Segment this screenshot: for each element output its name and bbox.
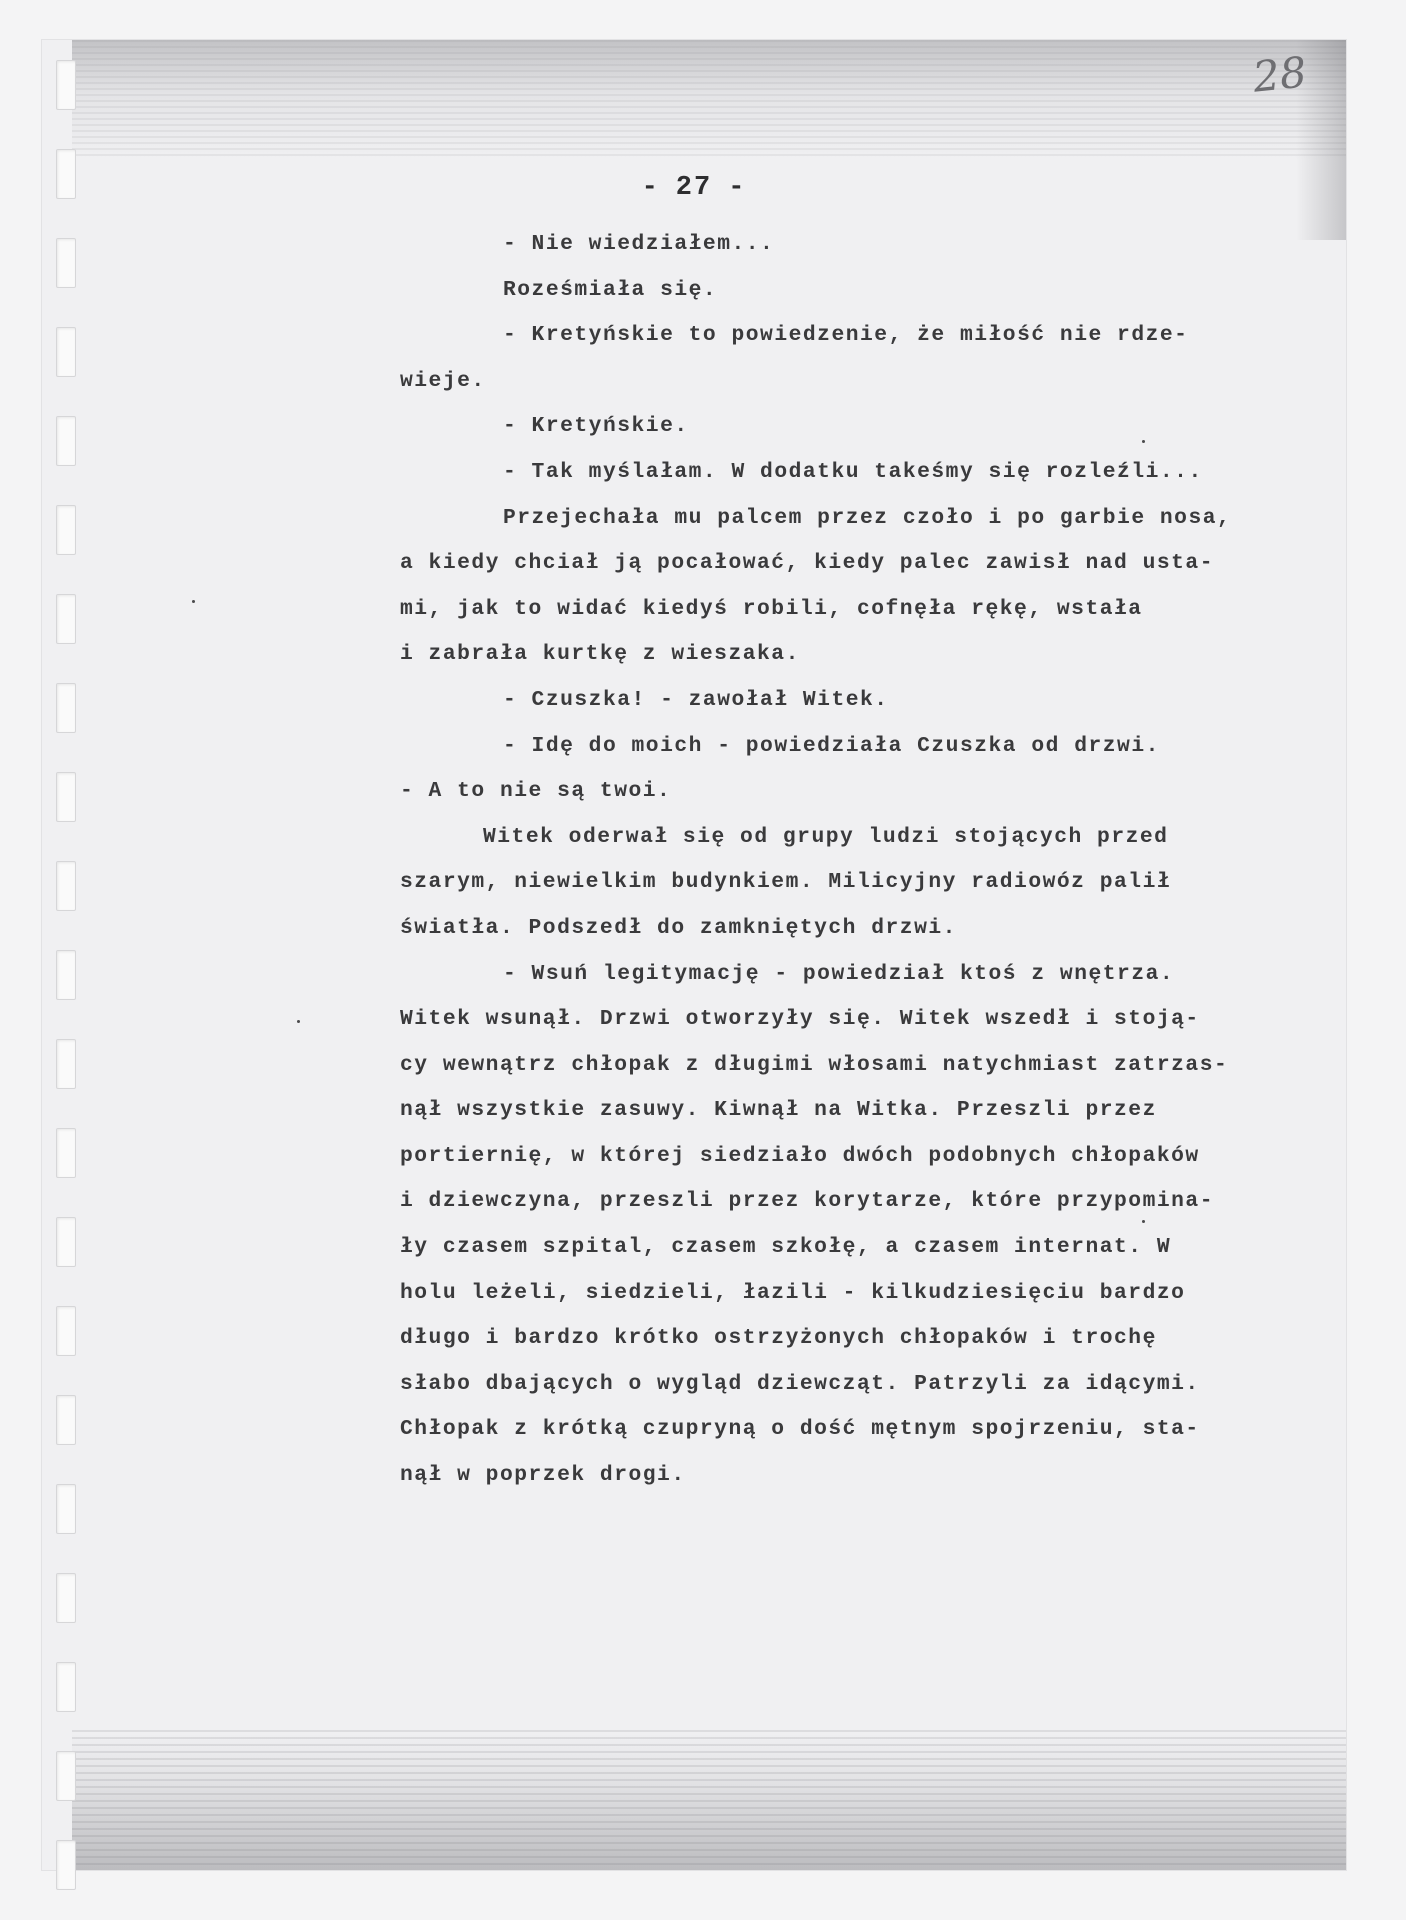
perforation-hole: [56, 505, 76, 555]
text-line: - Czuszka! - zawołał Witek.: [400, 678, 1360, 724]
text-line: Chłopak z krótką czupryną o dość mętnym …: [400, 1407, 1360, 1453]
perforation-hole: [56, 60, 76, 110]
perforation-hole: [56, 950, 76, 1000]
text-line: ły czasem szpital, czasem szkołę, a czas…: [400, 1225, 1360, 1271]
perforation-hole: [56, 861, 76, 911]
text-line: słabo dbających o wygląd dziewcząt. Patr…: [400, 1362, 1360, 1408]
perforation-hole: [56, 1840, 76, 1890]
page-number: -27-: [42, 173, 1346, 203]
page-number-dash-left: -: [642, 173, 660, 203]
photocopy-toner-top: [72, 40, 1346, 160]
photocopy-toner-bottom: [72, 1730, 1346, 1870]
text-line: - Kretyńskie.: [400, 404, 1360, 450]
text-line: światła. Podszedł do zamkniętych drzwi.: [400, 906, 1360, 952]
text-line: i dziewczyna, przeszli przez korytarze, …: [400, 1179, 1360, 1225]
text-line: - Nie wiedziałem...: [400, 222, 1360, 268]
stray-mark: [297, 1020, 300, 1023]
perforation-hole: [56, 327, 76, 377]
perforation-hole: [56, 1395, 76, 1445]
typewritten-page: 28 -27- - Nie wiedziałem...Roześmiała si…: [42, 40, 1346, 1870]
text-line: i zabrała kurtkę z wieszaka.: [400, 632, 1360, 678]
perforation-hole: [56, 1751, 76, 1801]
perforation-hole: [56, 1128, 76, 1178]
text-line: Witek oderwał się od grupy ludzi stojący…: [400, 815, 1360, 861]
perforation-hole: [56, 416, 76, 466]
text-line: - Kretyńskie to powiedzenie, że miłość n…: [400, 313, 1360, 359]
stray-mark: [192, 600, 195, 603]
perforation-hole: [56, 1573, 76, 1623]
text-line: Witek wsunął. Drzwi otworzyły się. Witek…: [400, 997, 1360, 1043]
text-line: wieje.: [400, 359, 1360, 405]
stray-mark: [1142, 440, 1145, 443]
stray-mark: [1142, 1220, 1145, 1223]
handwritten-folio-number: 28: [1250, 47, 1308, 101]
text-line: - Tak myślałam. W dodatku takeśmy się ro…: [400, 450, 1360, 496]
perforation-hole: [56, 238, 76, 288]
perforation-hole: [56, 1484, 76, 1534]
binding-perforations: [56, 50, 78, 1860]
perforation-hole: [56, 594, 76, 644]
text-line: Roześmiała się.: [400, 268, 1360, 314]
text-line: - Wsuń legitymację - powiedział ktoś z w…: [400, 952, 1360, 998]
perforation-hole: [56, 1217, 76, 1267]
text-line: - A to nie są twoi.: [400, 769, 1360, 815]
page-number-value: 27: [676, 173, 712, 203]
text-line: cy wewnątrz chłopak z długimi włosami na…: [400, 1043, 1360, 1089]
text-line: długo i bardzo krótko ostrzyżonych chłop…: [400, 1316, 1360, 1362]
perforation-hole: [56, 1039, 76, 1089]
perforation-hole: [56, 683, 76, 733]
text-line: mi, jak to widać kiedyś robili, cofnęła …: [400, 587, 1360, 633]
text-line: portiernię, w której siedziało dwóch pod…: [400, 1134, 1360, 1180]
page-number-dash-right: -: [728, 173, 746, 203]
perforation-hole: [56, 1662, 76, 1712]
perforation-hole: [56, 1306, 76, 1356]
text-line: Przejechała mu palcem przez czoło i po g…: [400, 496, 1360, 542]
text-line: szarym, niewielkim budynkiem. Milicyjny …: [400, 860, 1360, 906]
text-line: nął w poprzek drogi.: [400, 1453, 1360, 1499]
body-text: - Nie wiedziałem...Roześmiała się.- Kret…: [400, 222, 1360, 1499]
text-line: a kiedy chciał ją pocałować, kiedy palec…: [400, 541, 1360, 587]
text-line: holu leżeli, siedzieli, łazili - kilkudz…: [400, 1271, 1360, 1317]
text-line: - Idę do moich - powiedziała Czuszka od …: [400, 724, 1360, 770]
perforation-hole: [56, 772, 76, 822]
text-line: nął wszystkie zasuwy. Kiwnął na Witka. P…: [400, 1088, 1360, 1134]
